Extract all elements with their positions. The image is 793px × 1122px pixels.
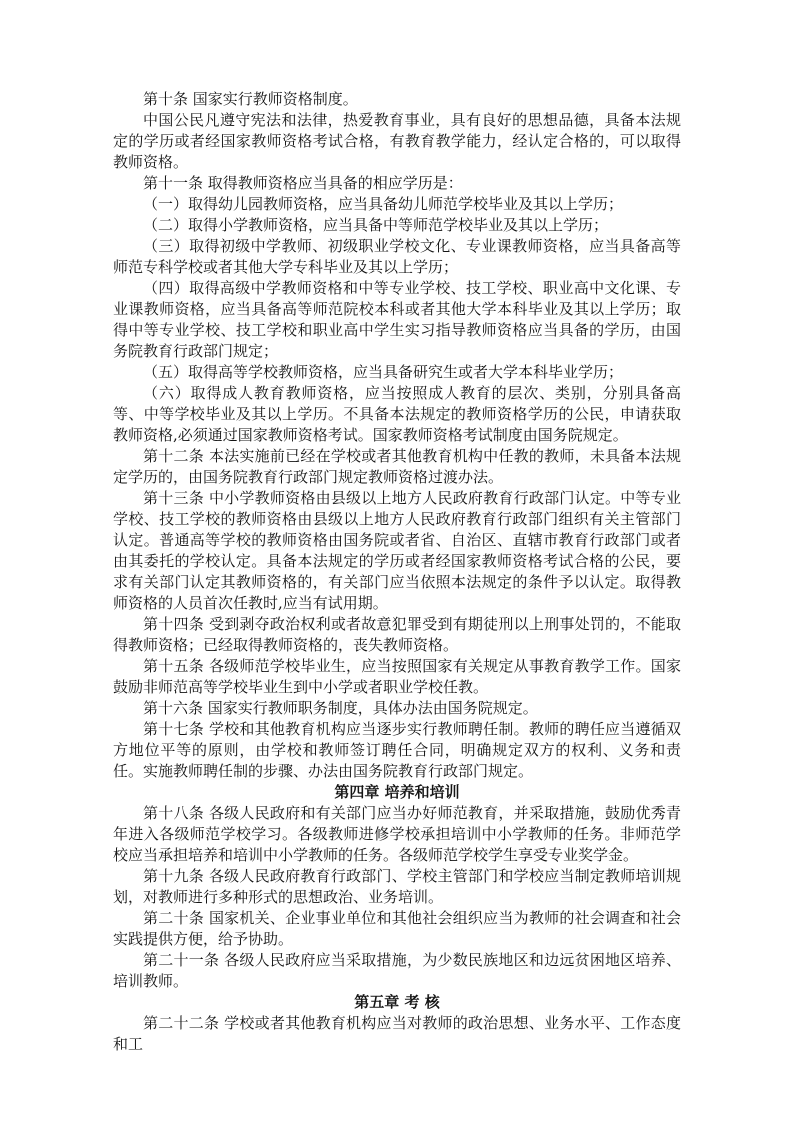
paragraph: 第二十二条 学校或者其他教育机构应当对教师的政治思想、业务水平、工作态度和工 — [113, 1013, 681, 1055]
paragraph: 第二十一条 各级人民政府应当采取措施，为少数民族地区和边远贫困地区培养、培训教师… — [113, 950, 681, 992]
paragraph: 第十三条 中小学教师资格由县级以上地方人民政府教育行政部门认定。中等专业学校、技… — [113, 488, 681, 614]
paragraph: 第十四条 受到剥夺政治权利或者故意犯罪受到有期徒刑以上刑事处罚的，不能取得教师资… — [113, 614, 681, 656]
document-page: 第十条 国家实行教师资格制度。中国公民凡遵守宪法和法律，热爱教育事业，具有良好的… — [0, 0, 793, 1122]
paragraph: （二）取得小学教师资格，应当具备中等师范学校毕业及其以上学历； — [113, 215, 681, 236]
paragraph: 第十七条 学校和其他教育机构应当逐步实行教师聘任制。教师的聘任应当遵循双方地位平… — [113, 719, 681, 782]
paragraph: （五）取得高等学校教师资格，应当具备研究生或者大学本科毕业学历； — [113, 362, 681, 383]
paragraph: 第十八条 各级人民政府和有关部门应当办好师范教育，并采取措施，鼓励优秀青年进入各… — [113, 803, 681, 866]
paragraph: （四）取得高级中学教师资格和中等专业学校、技工学校、职业高中文化课、专业课教师资… — [113, 278, 681, 362]
paragraph: 第十二条 本法实施前已经在学校或者其他教育机构中任教的教师，未具备本法规定学历的… — [113, 446, 681, 488]
paragraph: 第十一条 取得教师资格应当具备的相应学历是： — [113, 173, 681, 194]
paragraph: 中国公民凡遵守宪法和法律，热爱教育事业，具有良好的思想品德，具备本法规定的学历或… — [113, 110, 681, 173]
paragraph: （六）取得成人教育教师资格，应当按照成人教育的层次、类别，分别具备高等、中等学校… — [113, 383, 681, 446]
paragraph: 第二十条 国家机关、企业事业单位和其他社会组织应当为教师的社会调查和社会实践提供… — [113, 908, 681, 950]
paragraph: 第十六条 国家实行教师职务制度，具体办法由国务院规定。 — [113, 698, 681, 719]
paragraph: （一）取得幼儿园教师资格，应当具备幼儿师范学校毕业及其以上学历； — [113, 194, 681, 215]
chapter-heading: 第四章 培养和培训 — [113, 782, 681, 803]
paragraph: 第十五条 各级师范学校毕业生，应当按照国家有关规定从事教育教学工作。国家鼓励非师… — [113, 656, 681, 698]
paragraph: 第十九条 各级人民政府教育行政部门、学校主管部门和学校应当制定教师培训规划，对教… — [113, 866, 681, 908]
paragraph: 第十条 国家实行教师资格制度。 — [113, 89, 681, 110]
chapter-heading: 第五章 考 核 — [113, 992, 681, 1013]
document-body: 第十条 国家实行教师资格制度。中国公民凡遵守宪法和法律，热爱教育事业，具有良好的… — [113, 89, 681, 1055]
paragraph: （三）取得初级中学教师、初级职业学校文化、专业课教师资格，应当具备高等师范专科学… — [113, 236, 681, 278]
